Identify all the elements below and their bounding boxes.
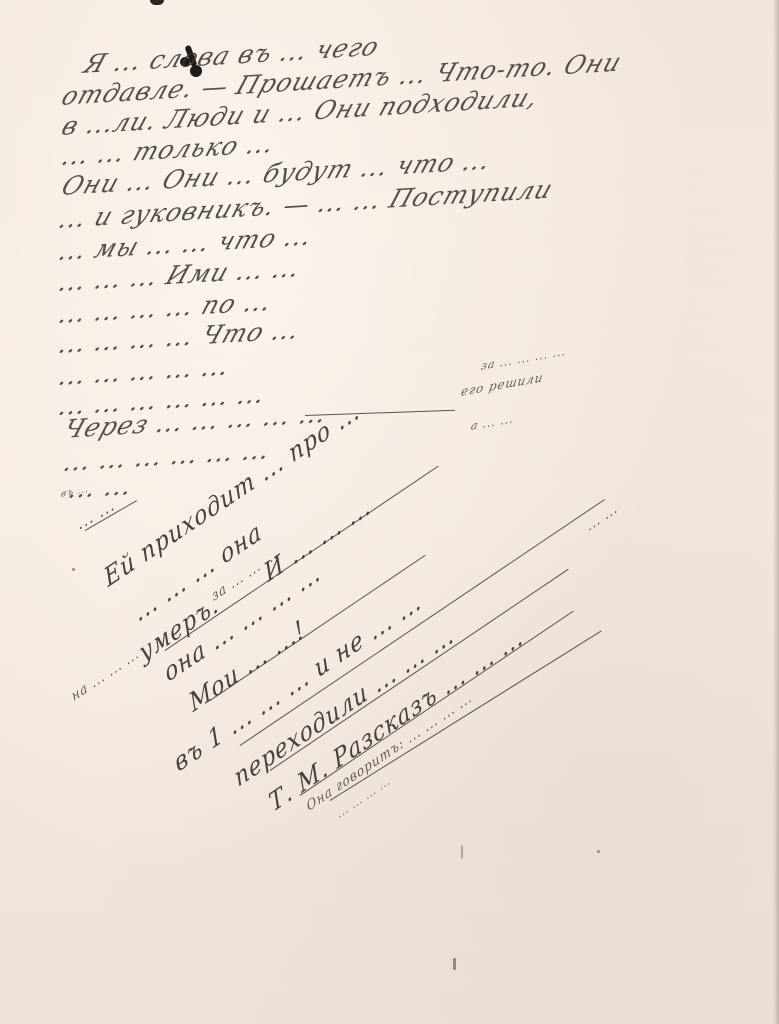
- interlinear-note: а ... ...: [470, 412, 515, 433]
- diagonal-note: на ... ... ...: [70, 646, 141, 705]
- interlinear-note: за ... ... ... ...: [480, 344, 568, 373]
- ink-speck: [597, 850, 600, 853]
- ink-mark-top: [150, 0, 164, 5]
- ink-speck: [461, 845, 463, 859]
- interlinear-note: его решили: [460, 370, 545, 399]
- page-edge-shadow: [773, 0, 779, 1024]
- ink-speck: [453, 958, 456, 970]
- ink-speck: [72, 568, 75, 571]
- diagonal-note: ... ...: [585, 500, 620, 535]
- manuscript-page: Я ... слова въ ... чего отдавле. — Проша…: [0, 0, 779, 1024]
